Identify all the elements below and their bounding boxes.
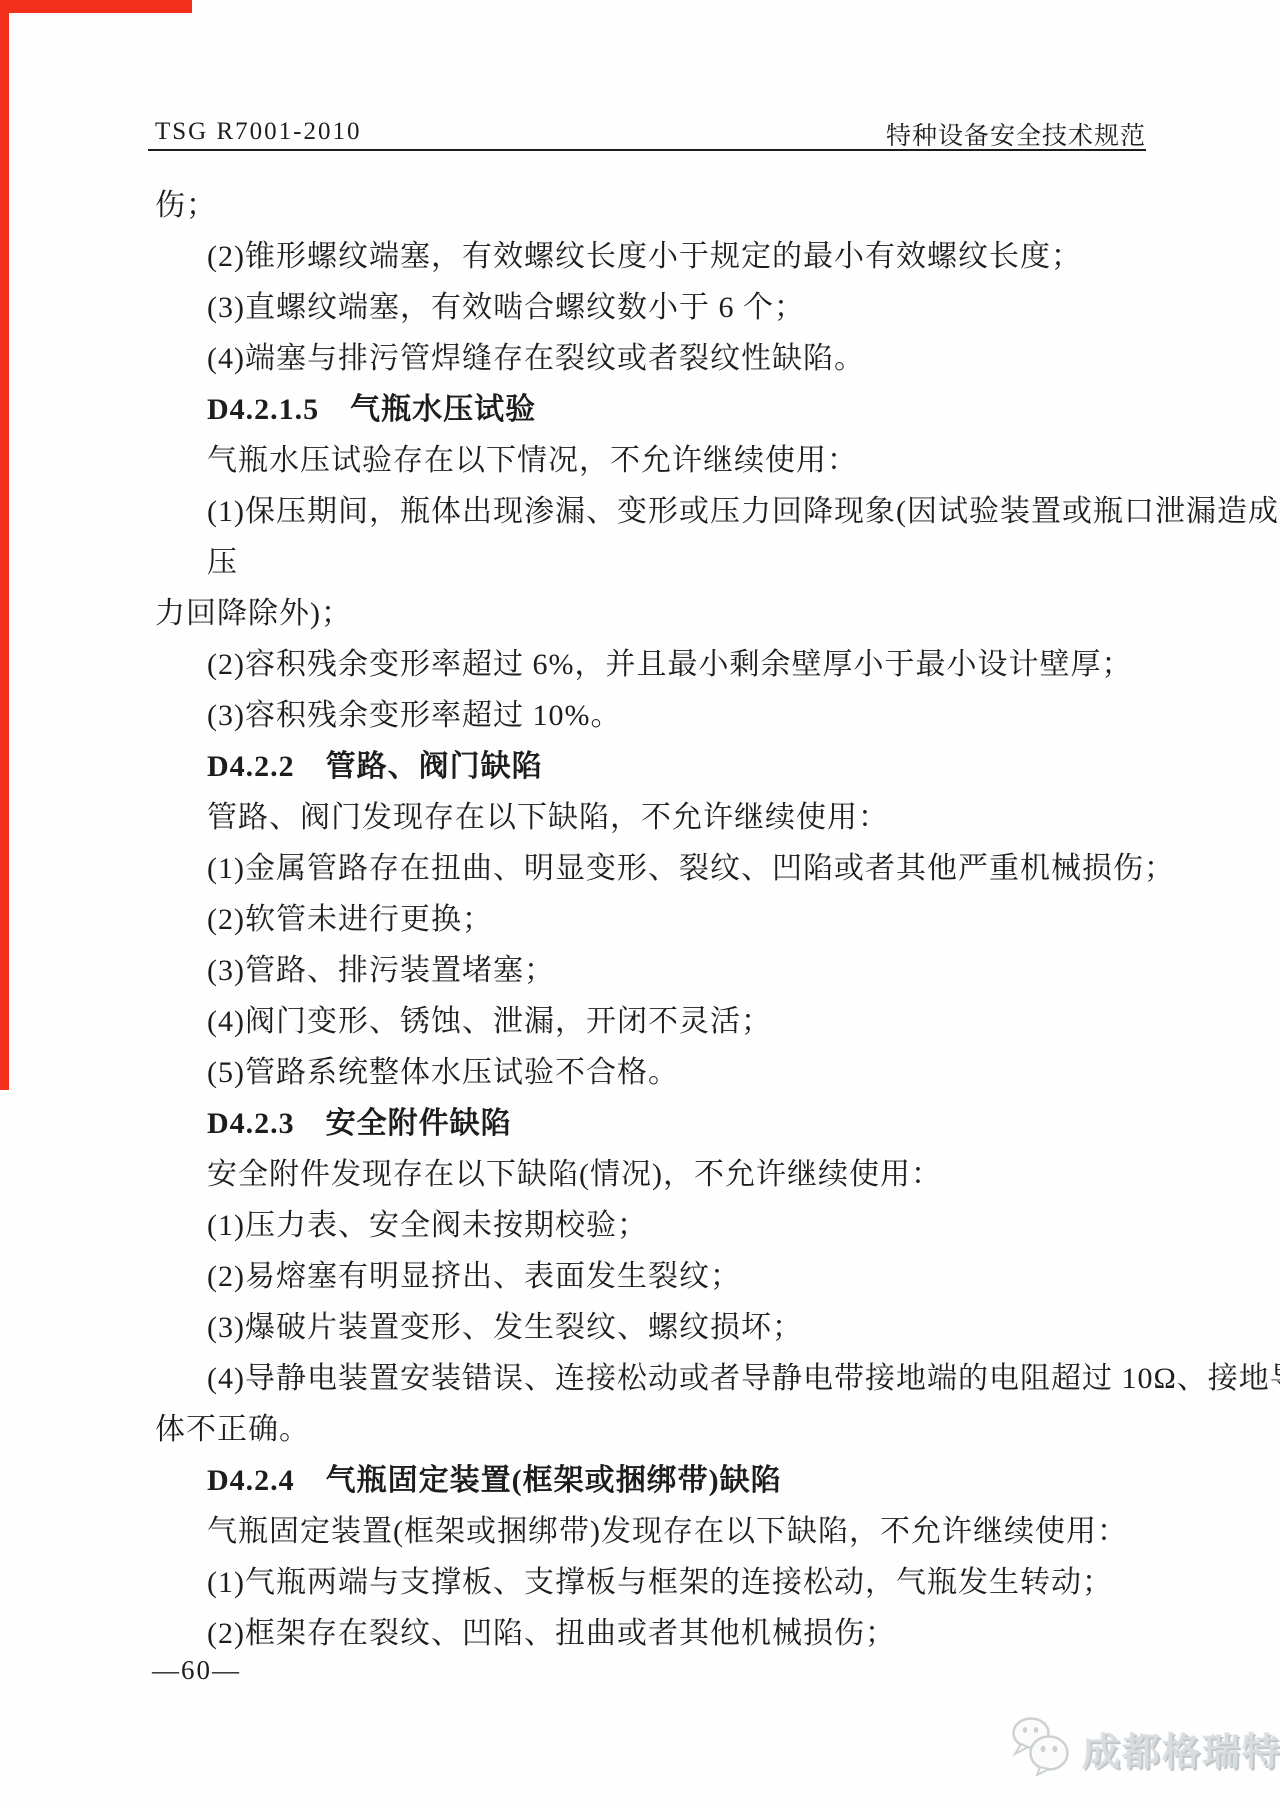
heading-d4-2-1-5: D4.2.1.5 气瓶水压试验 (155, 380, 1160, 431)
wechat-chat-bubbles-icon (1008, 1716, 1074, 1781)
body-line: (2)易熔塞有明显挤出、表面发生裂纹； (155, 1247, 1160, 1298)
heading-d4-2-3: D4.2.3 安全附件缺陷 (155, 1094, 1160, 1145)
scan-mark-top-red-bar (0, 0, 192, 13)
body-line: (2)锥形螺纹端塞，有效螺纹长度小于规定的最小有效螺纹长度； (155, 227, 1160, 278)
body-line: 气瓶水压试验存在以下情况，不允许继续使用： (155, 431, 1160, 482)
body-line: (3)管路、排污装置堵塞； (155, 941, 1160, 992)
body-line: (3)容积残余变形率超过 10%。 (155, 686, 1160, 737)
body-line: 力回降除外)； (155, 584, 1160, 635)
body-line: 安全附件发现存在以下缺陷(情况)，不允许继续使用： (155, 1145, 1160, 1196)
body-line: (2)容积残余变形率超过 6%，并且最小剩余壁厚小于最小设计壁厚； (155, 635, 1160, 686)
body-line: (1)保压期间，瓶体出现渗漏、变形或压力回降现象(因试验装置或瓶口泄漏造成的 (155, 482, 1160, 533)
body-line: 压 (155, 533, 1160, 584)
body-line: 气瓶固定装置(框架或捆绑带)发现存在以下缺陷，不允许继续使用： (155, 1502, 1160, 1553)
body-line: (4)阀门变形、锈蚀、泄漏，开闭不灵活； (155, 992, 1160, 1043)
body-line: 伤； (155, 176, 1160, 227)
body-line: 体不正确。 (155, 1400, 1160, 1451)
body-line: (2)框架存在裂纹、凹陷、扭曲或者其他机械损伤； (155, 1604, 1160, 1655)
body-line: (4)端塞与排污管焊缝存在裂纹或者裂纹性缺陷。 (155, 329, 1160, 380)
body-line: (1)压力表、安全阀未按期校验； (155, 1196, 1160, 1247)
header-rule (148, 149, 1146, 151)
body-line: (1)金属管路存在扭曲、明显变形、裂纹、凹陷或者其他严重机械损伤； (155, 839, 1160, 890)
body-line: (2)软管未进行更换； (155, 890, 1160, 941)
body-line: (3)爆破片装置变形、发生裂纹、螺纹损坏； (155, 1298, 1160, 1349)
header-doc-code: TSG R7001-2010 (155, 118, 361, 146)
body-line: 管路、阀门发现存在以下缺陷，不允许继续使用： (155, 788, 1160, 839)
body-line: (1)气瓶两端与支撑板、支撑板与框架的连接松动，气瓶发生转动； (155, 1553, 1160, 1604)
header-doc-title: 特种设备安全技术规范 (886, 116, 1146, 152)
scan-mark-left-red-bar (0, 0, 9, 1090)
document-page: TSG R7001-2010 特种设备安全技术规范 伤； (2)锥形螺纹端塞，有… (0, 0, 1280, 1810)
body-line: (4)导静电装置安装错误、连接松动或者导静电带接地端的电阻超过 10Ω、接地导 (155, 1349, 1160, 1400)
body-line: (5)管路系统整体水压试验不合格。 (155, 1043, 1160, 1094)
body-line: (3)直螺纹端塞，有效啮合螺纹数小于 6 个； (155, 278, 1160, 329)
page-number: —60— (152, 1655, 241, 1686)
watermark-label: 成都格瑞特 (1082, 1721, 1280, 1776)
watermark: 成都格瑞特 (1008, 1716, 1280, 1781)
heading-d4-2-2: D4.2.2 管路、阀门缺陷 (155, 737, 1160, 788)
body-text: 伤； (2)锥形螺纹端塞，有效螺纹长度小于规定的最小有效螺纹长度； (3)直螺纹… (155, 176, 1160, 1655)
heading-d4-2-4: D4.2.4 气瓶固定装置(框架或捆绑带)缺陷 (155, 1451, 1160, 1502)
